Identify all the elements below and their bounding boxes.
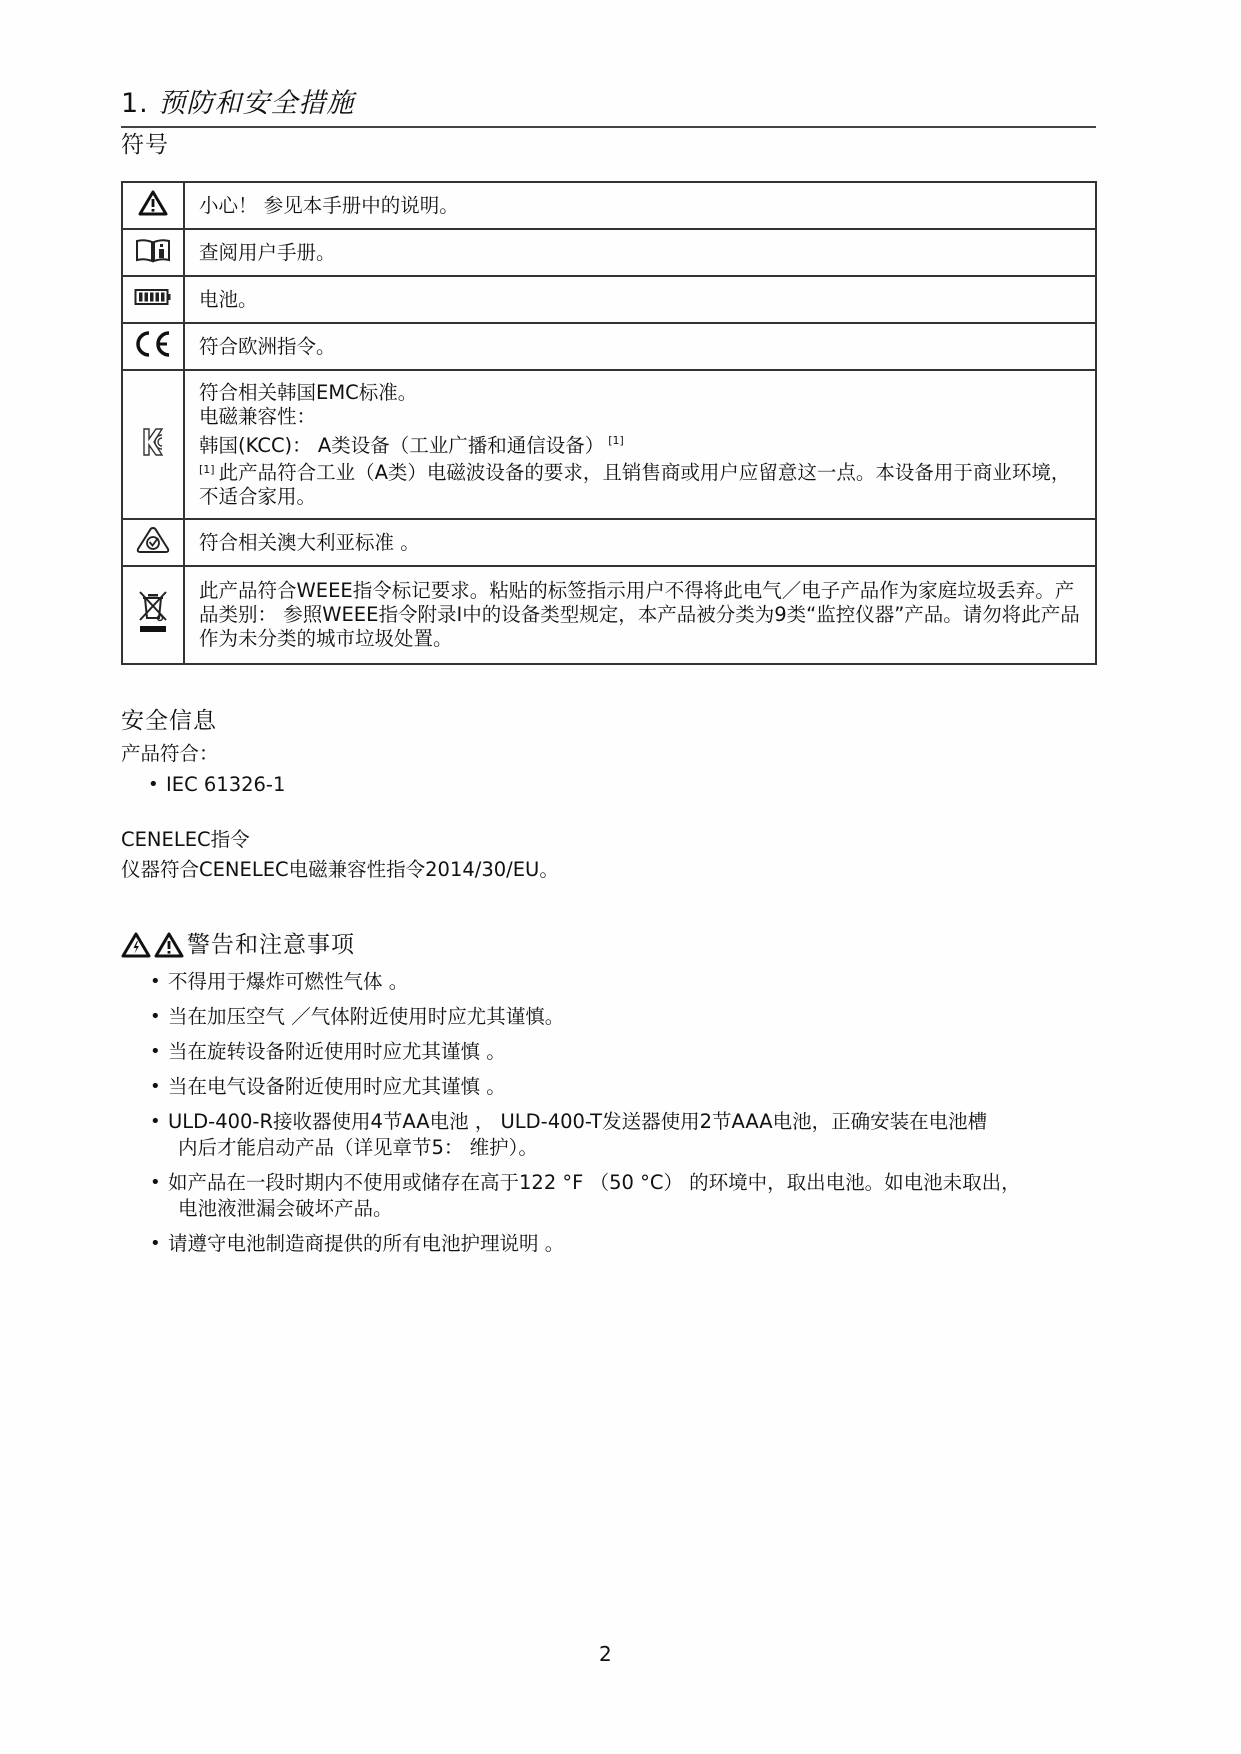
caution-triangle-icon [138, 190, 168, 216]
warning-text-cont: 电池液泄漏会破坏产品。 [168, 1196, 1021, 1222]
table-row: 小心！ 参见本手册中的说明。 [122, 182, 1096, 229]
table-row: 查阅用户手册。 [122, 229, 1096, 276]
footnote-marker: [1] [199, 463, 215, 476]
rcm-mark-icon [136, 526, 170, 554]
kc-class-text: 韩国(KCC)： A类设备（工业广播和通信设备） [199, 434, 604, 457]
section-number: 1. [121, 88, 149, 119]
manual-page: 1. 预防和安全措施 符号 小心！ 参见本手册中的说明。 [0, 0, 1241, 1754]
symbol-description: 小心！ 参见本手册中的说明。 [184, 182, 1096, 229]
safety-heading: 安全信息 [121, 706, 217, 736]
title-divider [121, 126, 1096, 128]
warning-text: ULD-400-R接收器使用4节AA电池 ， ULD-400-T发送器使用2节A… [168, 1110, 987, 1133]
electric-hazard-icon [121, 932, 151, 958]
symbol-description: 此产品符合WEEE指令标记要求。粘贴的标签指示用户不得将此电气／电子产品作为家庭… [184, 566, 1096, 664]
warnings-heading-text: 警告和注意事项 [187, 929, 355, 961]
warning-text: 当在旋转设备附近使用时应尤其谨慎 。 [168, 1040, 506, 1063]
symbols-heading: 符号 [121, 130, 169, 160]
list-item: 如产品在一段时期内不使用或储存在高于122 °F （50 °C） 的环境中，取出… [150, 1170, 1021, 1222]
list-item: 不得用于爆炸可燃性气体 。 [150, 969, 1021, 995]
symbol-cell [122, 566, 184, 664]
symbol-cell [122, 276, 184, 323]
weee-bin-icon [136, 590, 170, 636]
symbol-cell [122, 323, 184, 370]
kc-line-3: 韩国(KCC)： A类设备（工业广播和通信设备）[1] [199, 429, 1081, 458]
kc-line-1: 符合相关韩国EMC标准。 [199, 381, 1081, 405]
warnings-list: 不得用于爆炸可燃性气体 。 当在加压空气 ／气体附近使用时应尤其谨慎。 当在旋转… [150, 969, 1021, 1266]
symbol-cell [122, 519, 184, 566]
kc-footnote: [1]此产品符合工业（A类）电磁波设备的要求，且销售商或用户应留意这一点。本设备… [199, 458, 1081, 509]
symbols-table: 小心！ 参见本手册中的说明。 查阅用户手册。 [121, 181, 1097, 665]
symbol-description: 符合欧洲指令。 [184, 323, 1096, 370]
kc-mark-icon [142, 427, 164, 457]
page-number: 2 [599, 1642, 612, 1666]
section-title: 1. 预防和安全措施 [121, 86, 354, 122]
manual-info-icon [135, 237, 171, 263]
list-item: 当在电气设备附近使用时应尤其谨慎 。 [150, 1074, 1021, 1100]
caution-triangle-icon [154, 932, 184, 958]
list-item: ULD-400-R接收器使用4节AA电池 ， ULD-400-T发送器使用2节A… [150, 1109, 1021, 1161]
footnote-marker: [1] [608, 434, 624, 447]
warning-text: 不得用于爆炸可燃性气体 。 [168, 970, 408, 993]
kc-footnote-text: 此产品符合工业（A类）电磁波设备的要求，且销售商或用户应留意这一点。本设备用于商… [199, 461, 1070, 508]
symbol-description: 查阅用户手册。 [184, 229, 1096, 276]
list-item: 当在加压空气 ／气体附近使用时应尤其谨慎。 [150, 1004, 1021, 1030]
section-title-text: 预防和安全措施 [158, 88, 354, 119]
warning-text: 当在加压空气 ／气体附近使用时应尤其谨慎。 [168, 1005, 564, 1028]
warning-text: 请遵守电池制造商提供的所有电池护理说明 。 [168, 1232, 564, 1255]
cenelec-heading: CENELEC指令 [121, 826, 250, 854]
safety-intro: 产品符合： [121, 740, 219, 768]
list-item: 当在旋转设备附近使用时应尤其谨慎 。 [150, 1039, 1021, 1065]
table-row: 电池。 [122, 276, 1096, 323]
symbol-cell [122, 370, 184, 519]
cenelec-text: 仪器符合CENELEC电磁兼容性指令2014/30/EU。 [121, 856, 559, 884]
symbol-cell [122, 229, 184, 276]
symbol-description: 电池。 [184, 276, 1096, 323]
warnings-heading: 警告和注意事项 [121, 929, 355, 961]
standards-list: IEC 61326-1 [148, 772, 285, 807]
ce-mark-icon [133, 330, 173, 358]
symbol-description: 符合相关韩国EMC标准。 电磁兼容性： 韩国(KCC)： A类设备（工业广播和通… [184, 370, 1096, 519]
table-row: 此产品符合WEEE指令标记要求。粘贴的标签指示用户不得将此电气／电子产品作为家庭… [122, 566, 1096, 664]
table-row: 符合相关澳大利亚标准 。 [122, 519, 1096, 566]
warning-text: 如产品在一段时期内不使用或储存在高于122 °F （50 °C） 的环境中，取出… [168, 1171, 1021, 1194]
kc-line-2: 电磁兼容性： [199, 405, 1081, 429]
list-item: IEC 61326-1 [148, 772, 285, 798]
symbol-cell [122, 182, 184, 229]
table-row: 符合相关韩国EMC标准。 电磁兼容性： 韩国(KCC)： A类设备（工业广播和通… [122, 370, 1096, 519]
battery-icon [134, 288, 172, 306]
warning-text-cont: 内后才能启动产品（详见章节5： 维护）。 [168, 1135, 1021, 1161]
list-item: 请遵守电池制造商提供的所有电池护理说明 。 [150, 1231, 1021, 1257]
table-row: 符合欧洲指令。 [122, 323, 1096, 370]
symbol-description: 符合相关澳大利亚标准 。 [184, 519, 1096, 566]
warning-text: 当在电气设备附近使用时应尤其谨慎 。 [168, 1075, 506, 1098]
